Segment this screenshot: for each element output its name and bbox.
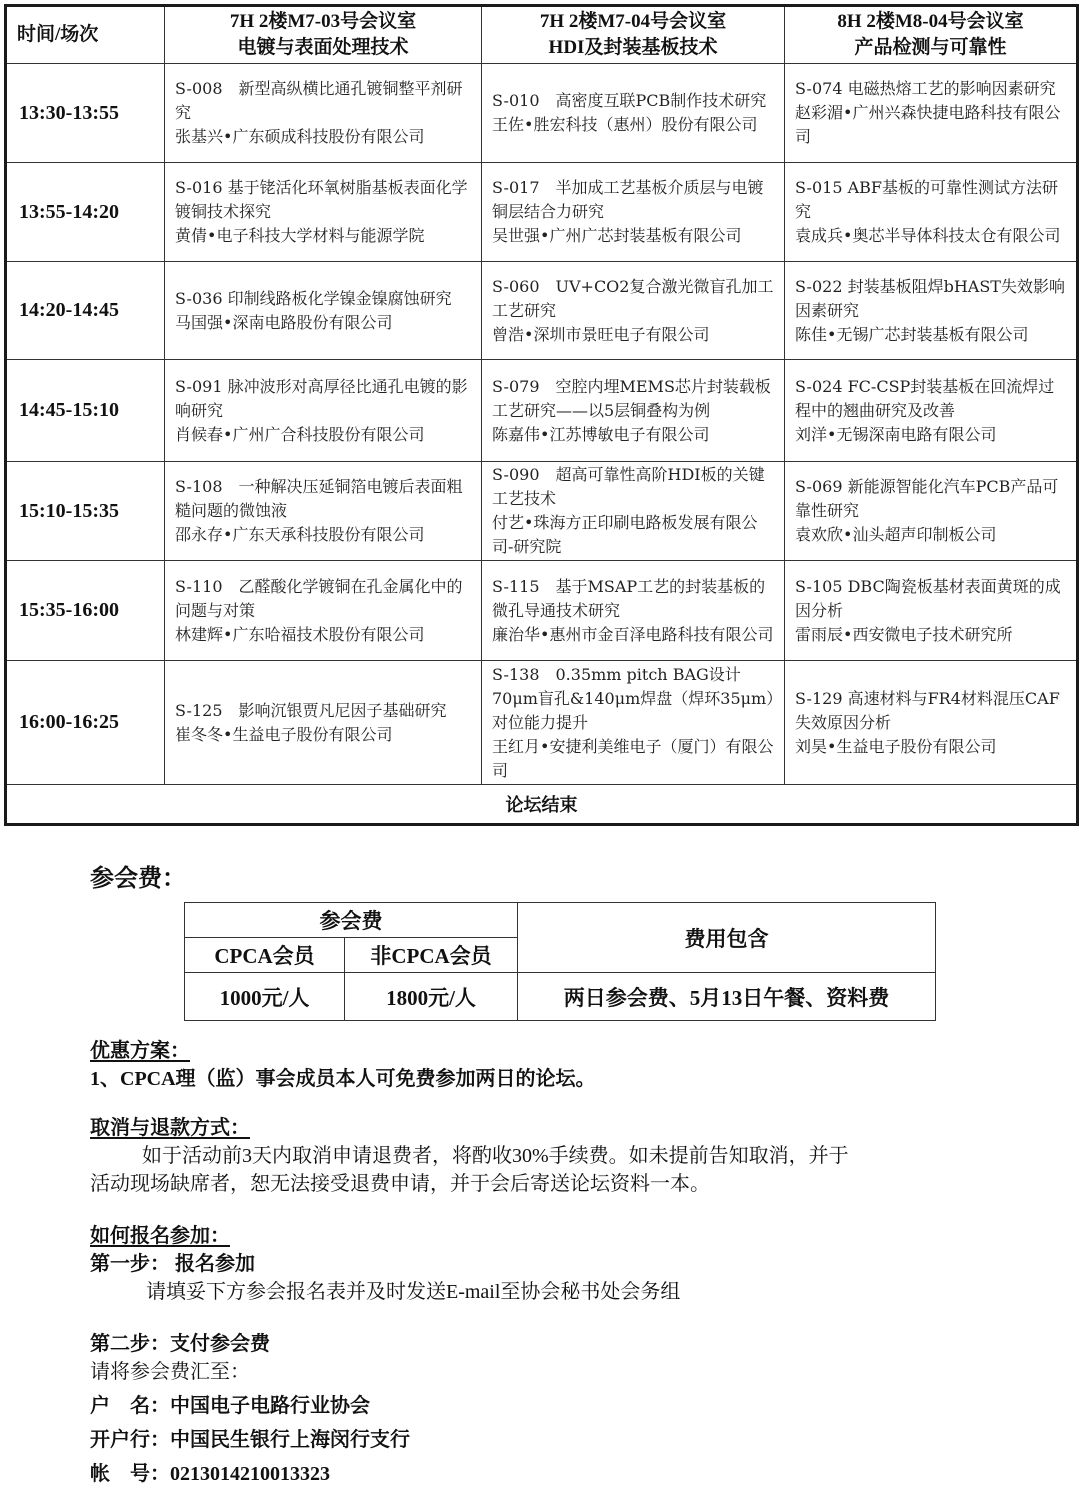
fee-header-row: 参会费 费用包含 bbox=[185, 903, 936, 938]
talk-speaker: 马国强•深南电路股份有限公司 bbox=[175, 311, 475, 335]
talk-title: S-008 新型高纵横比通孔镀铜整平剂研究 bbox=[175, 77, 475, 125]
talk-cell: S-125 影响沉银贾凡尼因子基础研究崔冬冬•生益电子股份有限公司 bbox=[165, 661, 482, 785]
schedule-row: 16:00-16:25 S-125 影响沉银贾凡尼因子基础研究崔冬冬•生益电子股… bbox=[6, 661, 1078, 785]
account-name-value: 中国电子电路行业协会 bbox=[170, 1395, 370, 1417]
fee-table: 参会费 费用包含 CPCA会员 非CPCA会员 1000元/人 1800元/人 … bbox=[184, 902, 936, 1021]
member-price: 1000元/人 bbox=[185, 973, 345, 1021]
schedule-row: 14:45-15:10 S-091 脉冲波形对高厚径比通孔电镀的影响研究肖候春•… bbox=[6, 360, 1078, 462]
talk-title: S-108 一种解决压延铜箔电镀后表面粗糙问题的微蚀液 bbox=[175, 475, 475, 523]
room-header: 7H 2楼M7-03号会议室电镀与表面处理技术 bbox=[165, 6, 482, 64]
talk-title: S-074 电磁热熔工艺的影响因素研究 bbox=[795, 77, 1070, 101]
talk-title: S-060 UV+CO2复合激光微盲孔加工工艺研究 bbox=[492, 275, 778, 323]
bank-label: 开户行： bbox=[90, 1429, 170, 1451]
discount-title: 优惠方案： bbox=[90, 1037, 190, 1065]
time-slot: 13:55-14:20 bbox=[6, 163, 165, 262]
discount-item: 1、CPCA理（监）事会成员本人可免费参加两日的论坛。 bbox=[90, 1065, 596, 1093]
refund-title: 取消与退款方式： bbox=[90, 1114, 250, 1142]
account-number-value: 0213014210013323 bbox=[170, 1463, 330, 1485]
schedule-table: 时间/场次 7H 2楼M7-03号会议室电镀与表面处理技术 7H 2楼M7-04… bbox=[4, 4, 1079, 826]
schedule-header-row: 时间/场次 7H 2楼M7-03号会议室电镀与表面处理技术 7H 2楼M7-04… bbox=[6, 6, 1078, 64]
account-name-row: 户 名：中国电子电路行业协会 bbox=[90, 1392, 680, 1420]
talk-title: S-010 高密度互联PCB制作技术研究 bbox=[492, 89, 778, 113]
talk-speaker: 陈嘉伟•江苏博敏电子有限公司 bbox=[492, 423, 778, 447]
time-slot: 16:00-16:25 bbox=[6, 661, 165, 785]
talk-cell: S-022 封装基板阻焊bHAST失效影响因素研究陈佳•无锡广芯封装基板有限公司 bbox=[785, 262, 1078, 360]
step2-text: 请将参会费汇至： bbox=[90, 1358, 680, 1386]
time-slot: 13:30-13:55 bbox=[6, 64, 165, 163]
talk-title: S-129 高速材料与FR4材料混压CAF失效原因分析 bbox=[795, 687, 1070, 735]
fee-value-row: 1000元/人 1800元/人 两日参会费、5月13日午餐、资料费 bbox=[185, 973, 936, 1021]
registration-section: 如何报名参加： 第一步： 报名参加 请填妥下方参会报名表并及时发送E-mail至… bbox=[90, 1222, 680, 1488]
time-slot: 14:20-14:45 bbox=[6, 262, 165, 360]
discount-section: 优惠方案： 1、CPCA理（监）事会成员本人可免费参加两日的论坛。 bbox=[90, 1037, 596, 1093]
fee-section-title: 参会费： bbox=[90, 858, 186, 893]
member-label: CPCA会员 bbox=[185, 938, 345, 973]
schedule-row: 13:30-13:55 S-008 新型高纵横比通孔镀铜整平剂研究张基兴•广东硕… bbox=[6, 64, 1078, 163]
talk-cell: S-115 基于MSAP工艺的封装基板的微孔导通技术研究廉治华•惠州市金百泽电路… bbox=[482, 561, 785, 661]
time-slot: 15:35-16:00 bbox=[6, 561, 165, 661]
account-number-label: 帐 号： bbox=[90, 1463, 170, 1485]
talk-speaker: 陈佳•无锡广芯封装基板有限公司 bbox=[795, 323, 1070, 347]
refund-text-line: 如于活动前3天内取消申请退费者，将酌收30%手续费。如未提前告知取消，并于 bbox=[90, 1142, 849, 1170]
talk-speaker: 王佐•胜宏科技（惠州）股份有限公司 bbox=[492, 113, 778, 137]
talk-cell: S-008 新型高纵横比通孔镀铜整平剂研究张基兴•广东硕成科技股份有限公司 bbox=[165, 64, 482, 163]
talk-speaker: 黄倩•电子科技大学材料与能源学院 bbox=[175, 224, 475, 248]
talk-cell: S-024 FC-CSP封装基板在回流焊过程中的翘曲研究及改善刘洋•无锡深南电路… bbox=[785, 360, 1078, 462]
talk-speaker: 邵永存•广东天承科技股份有限公司 bbox=[175, 523, 475, 547]
talk-speaker: 曾浩•深圳市景旺电子有限公司 bbox=[492, 323, 778, 347]
track-name: 电镀与表面处理技术 bbox=[165, 35, 481, 61]
talk-cell: S-069 新能源智能化汽车PCB产品可靠性研究袁欢欣•汕头超声印制板公司 bbox=[785, 462, 1078, 561]
talk-speaker: 林建辉•广东哈福技术股份有限公司 bbox=[175, 623, 475, 647]
talk-title: S-024 FC-CSP封装基板在回流焊过程中的翘曲研究及改善 bbox=[795, 375, 1070, 423]
talk-speaker: 肖候春•广州广合科技股份有限公司 bbox=[175, 423, 475, 447]
schedule-row: 13:55-14:20 S-016 基于铑活化环氧树脂基板表面化学镀铜技术探究黄… bbox=[6, 163, 1078, 262]
closing-label: 论坛结束 bbox=[6, 785, 1078, 825]
room-name: 7H 2楼M7-03号会议室 bbox=[165, 9, 481, 35]
talk-title: S-036 印制线路板化学镍金镍腐蚀研究 bbox=[175, 287, 475, 311]
non-member-label: 非CPCA会员 bbox=[345, 938, 518, 973]
talk-cell: S-017 半加成工艺基板介质层与电镀铜层结合力研究吴世强•广州广芯封装基板有限… bbox=[482, 163, 785, 262]
room-header: 8H 2楼M8-04号会议室产品检测与可靠性 bbox=[785, 6, 1078, 64]
account-name-label: 户 名： bbox=[90, 1395, 170, 1417]
talk-cell: S-015 ABF基板的可靠性测试方法研究袁成兵•奥芯半导体科技太仓有限公司 bbox=[785, 163, 1078, 262]
talk-title: S-015 ABF基板的可靠性测试方法研究 bbox=[795, 176, 1070, 224]
schedule-row: 15:10-15:35 S-108 一种解决压延铜箔电镀后表面粗糙问题的微蚀液邵… bbox=[6, 462, 1078, 561]
registration-title: 如何报名参加： bbox=[90, 1222, 230, 1250]
room-name: 8H 2楼M8-04号会议室 bbox=[785, 9, 1076, 35]
track-name: HDI及封装基板技术 bbox=[482, 35, 784, 61]
step2-title: 第二步：支付参会费 bbox=[90, 1330, 680, 1358]
time-slot: 14:45-15:10 bbox=[6, 360, 165, 462]
fee-includes: 两日参会费、5月13日午餐、资料费 bbox=[518, 973, 936, 1021]
talk-cell: S-129 高速材料与FR4材料混压CAF失效原因分析刘昊•生益电子股份有限公司 bbox=[785, 661, 1078, 785]
schedule-row: 15:35-16:00 S-110 乙醛酸化学镀铜在孔金属化中的问题与对策林建辉… bbox=[6, 561, 1078, 661]
refund-text-line: 活动现场缺席者，恕无法接受退费申请，并于会后寄送论坛资料一本。 bbox=[90, 1170, 849, 1198]
closing-row: 论坛结束 bbox=[6, 785, 1078, 825]
talk-cell: S-091 脉冲波形对高厚径比通孔电镀的影响研究肖候春•广州广合科技股份有限公司 bbox=[165, 360, 482, 462]
schedule-row: 14:20-14:45 S-036 印制线路板化学镍金镍腐蚀研究马国强•深南电路… bbox=[6, 262, 1078, 360]
talk-cell: S-105 DBC陶瓷板基材表面黄斑的成因分析雷雨辰•西安微电子技术研究所 bbox=[785, 561, 1078, 661]
talk-title: S-105 DBC陶瓷板基材表面黄斑的成因分析 bbox=[795, 575, 1070, 623]
talk-cell: S-108 一种解决压延铜箔电镀后表面粗糙问题的微蚀液邵永存•广东天承科技股份有… bbox=[165, 462, 482, 561]
step1-text: 请填妥下方参会报名表并及时发送E-mail至协会秘书处会务组 bbox=[90, 1278, 680, 1306]
talk-title: S-125 影响沉银贾凡尼因子基础研究 bbox=[175, 699, 475, 723]
talk-speaker: 赵彩湄•广州兴森快捷电路科技有限公司 bbox=[795, 101, 1070, 149]
talk-title: S-022 封装基板阻焊bHAST失效影响因素研究 bbox=[795, 275, 1070, 323]
bank-row: 开户行：中国民生银行上海闵行支行 bbox=[90, 1426, 680, 1454]
talk-speaker: 王红月•安捷利美维电子（厦门）有限公司 bbox=[492, 735, 778, 783]
refund-section: 取消与退款方式： 如于活动前3天内取消申请退费者，将酌收30%手续费。如未提前告… bbox=[90, 1114, 849, 1198]
talk-cell: S-010 高密度互联PCB制作技术研究王佐•胜宏科技（惠州）股份有限公司 bbox=[482, 64, 785, 163]
talk-title: S-091 脉冲波形对高厚径比通孔电镀的影响研究 bbox=[175, 375, 475, 423]
talk-cell: S-036 印制线路板化学镍金镍腐蚀研究马国强•深南电路股份有限公司 bbox=[165, 262, 482, 360]
talk-speaker: 吴世强•广州广芯封装基板有限公司 bbox=[492, 224, 778, 248]
talk-title: S-110 乙醛酸化学镀铜在孔金属化中的问题与对策 bbox=[175, 575, 475, 623]
talk-speaker: 雷雨辰•西安微电子技术研究所 bbox=[795, 623, 1070, 647]
time-slot: 15:10-15:35 bbox=[6, 462, 165, 561]
talk-cell: S-060 UV+CO2复合激光微盲孔加工工艺研究曾浩•深圳市景旺电子有限公司 bbox=[482, 262, 785, 360]
fee-includes-header: 费用包含 bbox=[518, 903, 936, 973]
talk-speaker: 袁欢欣•汕头超声印制板公司 bbox=[795, 523, 1070, 547]
talk-title: S-090 超高可靠性高阶HDI板的关键工艺技术 bbox=[492, 463, 778, 511]
room-header: 7H 2楼M7-04号会议室HDI及封装基板技术 bbox=[482, 6, 785, 64]
talk-speaker: 崔冬冬•生益电子股份有限公司 bbox=[175, 723, 475, 747]
talk-cell: S-110 乙醛酸化学镀铜在孔金属化中的问题与对策林建辉•广东哈福技术股份有限公… bbox=[165, 561, 482, 661]
talk-title: S-069 新能源智能化汽车PCB产品可靠性研究 bbox=[795, 475, 1070, 523]
talk-cell: S-090 超高可靠性高阶HDI板的关键工艺技术付艺•珠海方正印刷电路板发展有限… bbox=[482, 462, 785, 561]
talk-speaker: 廉治华•惠州市金百泽电路科技有限公司 bbox=[492, 623, 778, 647]
step1-title: 第一步： 报名参加 bbox=[90, 1250, 680, 1278]
talk-speaker: 刘洋•无锡深南电路有限公司 bbox=[795, 423, 1070, 447]
talk-cell: S-138 0.35mm pitch BAG设计70μm盲孔&140μm焊盘（焊… bbox=[482, 661, 785, 785]
fee-group-header: 参会费 bbox=[185, 903, 518, 938]
time-column-header: 时间/场次 bbox=[6, 6, 165, 64]
talk-title: S-017 半加成工艺基板介质层与电镀铜层结合力研究 bbox=[492, 176, 778, 224]
talk-title: S-115 基于MSAP工艺的封装基板的微孔导通技术研究 bbox=[492, 575, 778, 623]
talk-title: S-016 基于铑活化环氧树脂基板表面化学镀铜技术探究 bbox=[175, 176, 475, 224]
talk-cell: S-079 空腔内埋MEMS芯片封装载板工艺研究——以5层铜叠构为例陈嘉伟•江苏… bbox=[482, 360, 785, 462]
talk-speaker: 张基兴•广东硕成科技股份有限公司 bbox=[175, 125, 475, 149]
talk-title: S-138 0.35mm pitch BAG设计70μm盲孔&140μm焊盘（焊… bbox=[492, 663, 778, 735]
talk-speaker: 付艺•珠海方正印刷电路板发展有限公司-研究院 bbox=[492, 511, 778, 559]
talk-speaker: 刘昊•生益电子股份有限公司 bbox=[795, 735, 1070, 759]
talk-cell: S-016 基于铑活化环氧树脂基板表面化学镀铜技术探究黄倩•电子科技大学材料与能… bbox=[165, 163, 482, 262]
talk-speaker: 袁成兵•奥芯半导体科技太仓有限公司 bbox=[795, 224, 1070, 248]
account-number-row: 帐 号：0213014210013323 bbox=[90, 1460, 680, 1488]
track-name: 产品检测与可靠性 bbox=[785, 35, 1076, 61]
talk-cell: S-074 电磁热熔工艺的影响因素研究赵彩湄•广州兴森快捷电路科技有限公司 bbox=[785, 64, 1078, 163]
room-name: 7H 2楼M7-04号会议室 bbox=[482, 9, 784, 35]
non-member-price: 1800元/人 bbox=[345, 973, 518, 1021]
talk-title: S-079 空腔内埋MEMS芯片封装载板工艺研究——以5层铜叠构为例 bbox=[492, 375, 778, 423]
bank-value: 中国民生银行上海闵行支行 bbox=[170, 1429, 410, 1451]
